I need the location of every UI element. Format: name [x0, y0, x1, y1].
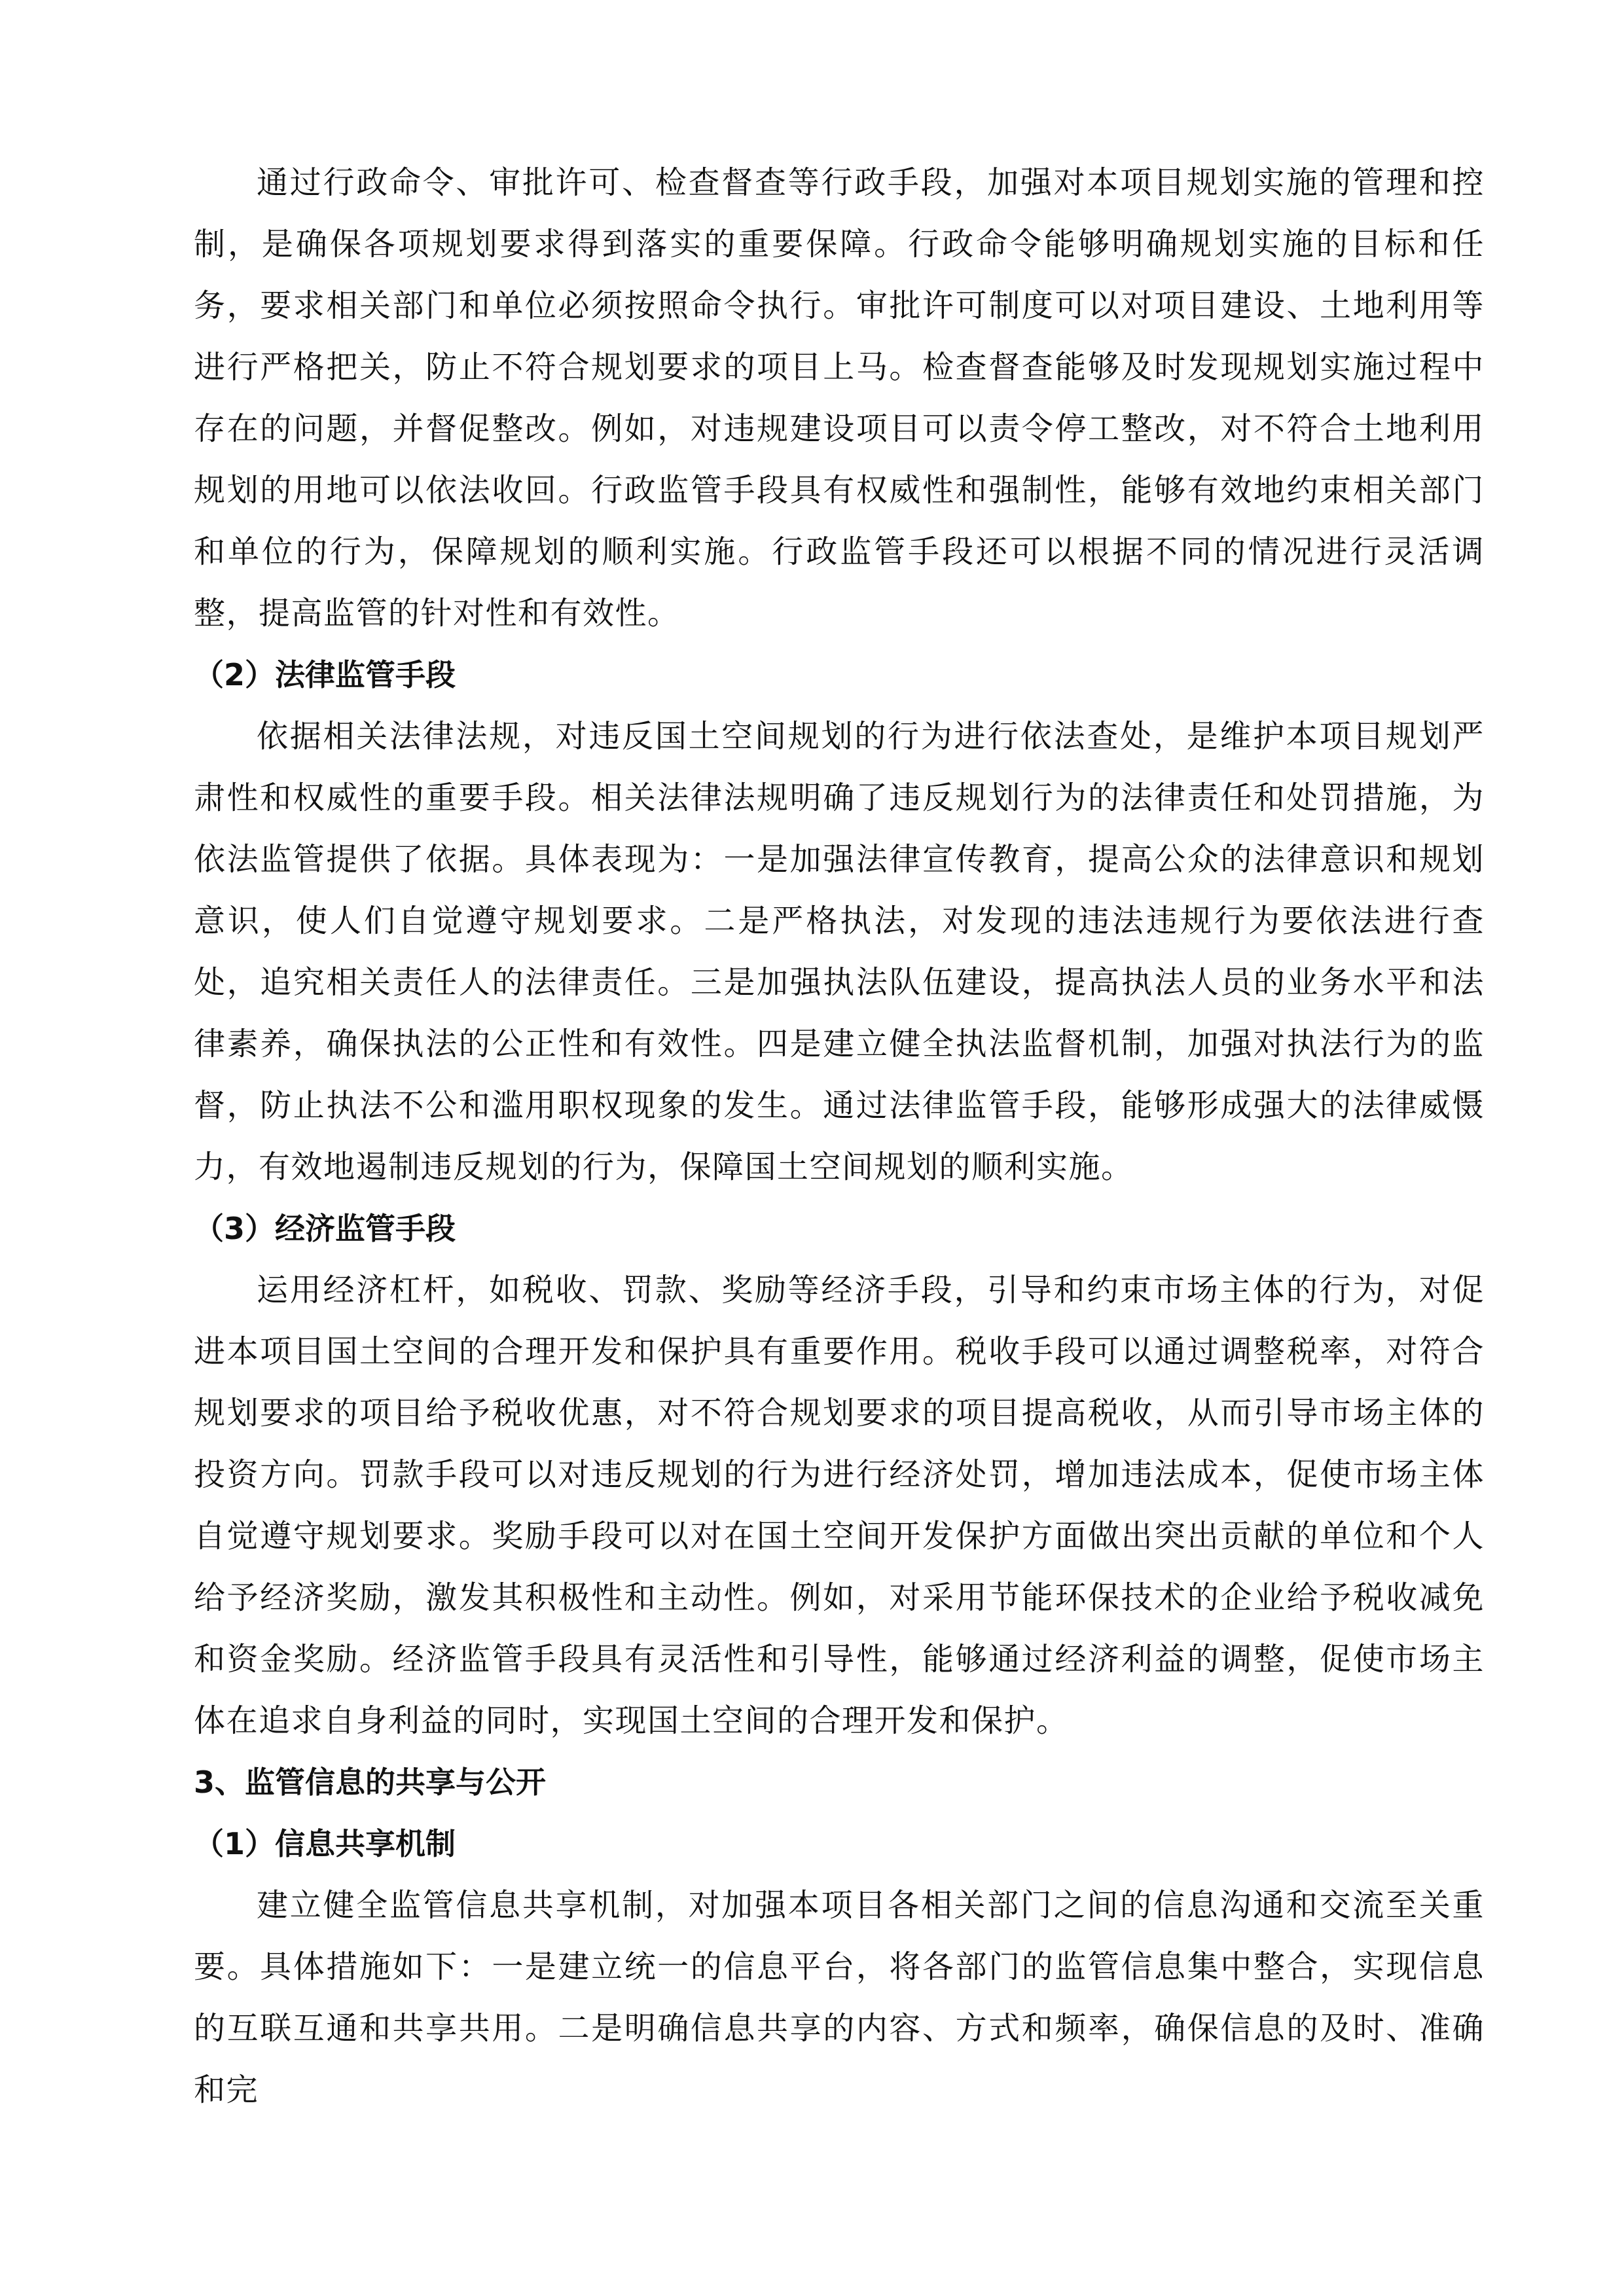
section-heading-information-sharing: 3、监管信息的共享与公开 [194, 1751, 1485, 1813]
paragraph-administrative-supervision: 通过行政命令、审批许可、检查督查等行政手段，加强对本项目规划实施的管理和控制，是… [194, 152, 1485, 644]
subheading-economic-supervision: （3）经济监管手段 [194, 1198, 1485, 1259]
paragraph-sharing-mechanism: 建立健全监管信息共享机制，对加强本项目各相关部门之间的信息沟通和交流至关重要。具… [194, 1874, 1485, 2121]
subheading-sharing-mechanism: （1）信息共享机制 [194, 1813, 1485, 1874]
subheading-legal-supervision: （2）法律监管手段 [194, 644, 1485, 706]
paragraph-economic-supervision: 运用经济杠杆，如税收、罚款、奖励等经济手段，引导和约束市场主体的行为，对促进本项… [194, 1259, 1485, 1751]
document-body: 通过行政命令、审批许可、检查督查等行政手段，加强对本项目规划实施的管理和控制，是… [194, 152, 1485, 2121]
document-page: 通过行政命令、审批许可、检查督查等行政手段，加强对本项目规划实施的管理和控制，是… [0, 0, 1624, 2296]
paragraph-legal-supervision: 依据相关法律法规，对违反国土空间规划的行为进行依法查处，是维护本项目规划严肃性和… [194, 706, 1485, 1198]
